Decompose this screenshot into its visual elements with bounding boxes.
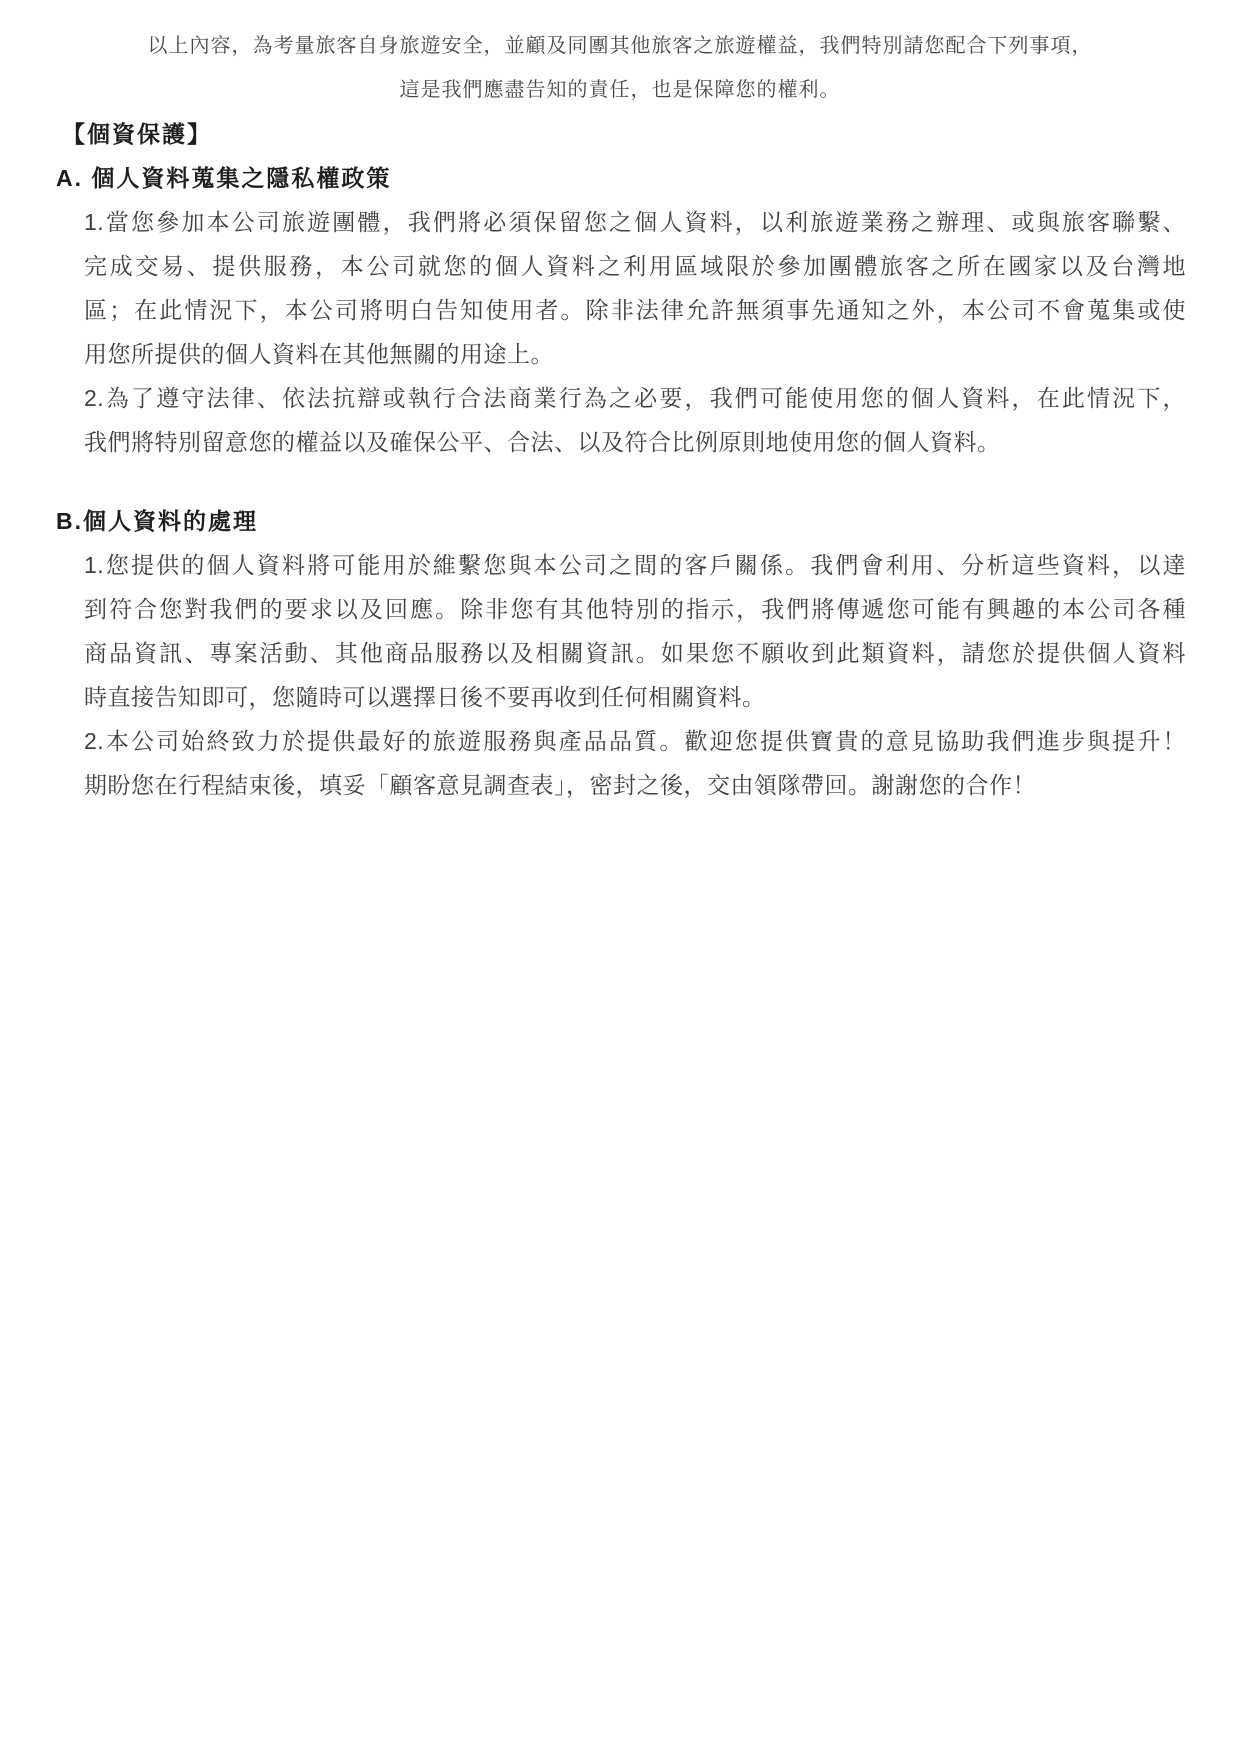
section-b-title: B.個人資料的處理 [56,499,1240,543]
section-a-paragraph-1-line-4: 用您所提供的個人資料在其他無關的用途上。 [84,332,1186,376]
section-a-paragraph-1-line-1: 1.當您參加本公司旅遊團體，我們將必須保留您之個人資料，以利旅遊業務之辦理、或與… [84,200,1186,244]
intro-line-1: 以上內容，為考量旅客自身旅遊安全，並顧及同團其他旅客之旅遊權益，我們特別請您配合… [60,24,1180,68]
section-b-paragraph-1-line-2: 到符合您對我們的要求以及回應。除非您有其他特別的指示，我們將傳遞您可能有興趣的本… [84,587,1186,631]
section-b-paragraph-2-line-2: 期盼您在行程結束後，填妥「顧客意見調查表」，密封之後，交由領隊帶回。謝謝您的合作… [84,763,1186,807]
privacy-section-heading: 【個資保護】 [62,112,1240,156]
section-b-paragraph-1-line-4: 時直接告知即可，您隨時可以選擇日後不要再收到任何相關資料。 [84,675,1186,719]
intro-paragraph: 以上內容，為考量旅客自身旅遊安全，並顧及同團其他旅客之旅遊權益，我們特別請您配合… [60,24,1180,112]
intro-line-2: 這是我們應盡告知的責任，也是保障您的權利。 [60,68,1180,112]
section-a-paragraph-1-line-2: 完成交易、提供服務，本公司就您的個人資料之利用區域限於參加團體旅客之所在國家以及… [84,244,1186,288]
document-page: 以上內容，為考量旅客自身旅遊安全，並顧及同團其他旅客之旅遊權益，我們特別請您配合… [0,0,1240,1755]
section-a-paragraph-2-line-2: 我們將特別留意您的權益以及確保公平、合法、以及符合比例原則地使用您的個人資料。 [84,420,1186,464]
section-a-title: A. 個人資料蒐集之隱私權政策 [56,156,1240,200]
section-b-paragraph-1-line-3: 商品資訊、專案活動、其他商品服務以及相關資訊。如果您不願收到此類資料，請您於提供… [84,631,1186,675]
section-b-paragraph-1-line-1: 1.您提供的個人資料將可能用於維繫您與本公司之間的客戶關係。我們會利用、分析這些… [84,543,1186,587]
section-a-paragraph-1-line-3: 區；在此情況下，本公司將明白告知使用者。除非法律允許無須事先通知之外，本公司不會… [84,288,1186,332]
section-b-paragraph-2-line-1: 2.本公司始終致力於提供最好的旅遊服務與產品品質。歡迎您提供寶貴的意見協助我們進… [84,719,1186,763]
section-a-paragraph-2-line-1: 2.為了遵守法律、依法抗辯或執行合法商業行為之必要，我們可能使用您的個人資料，在… [84,376,1186,420]
